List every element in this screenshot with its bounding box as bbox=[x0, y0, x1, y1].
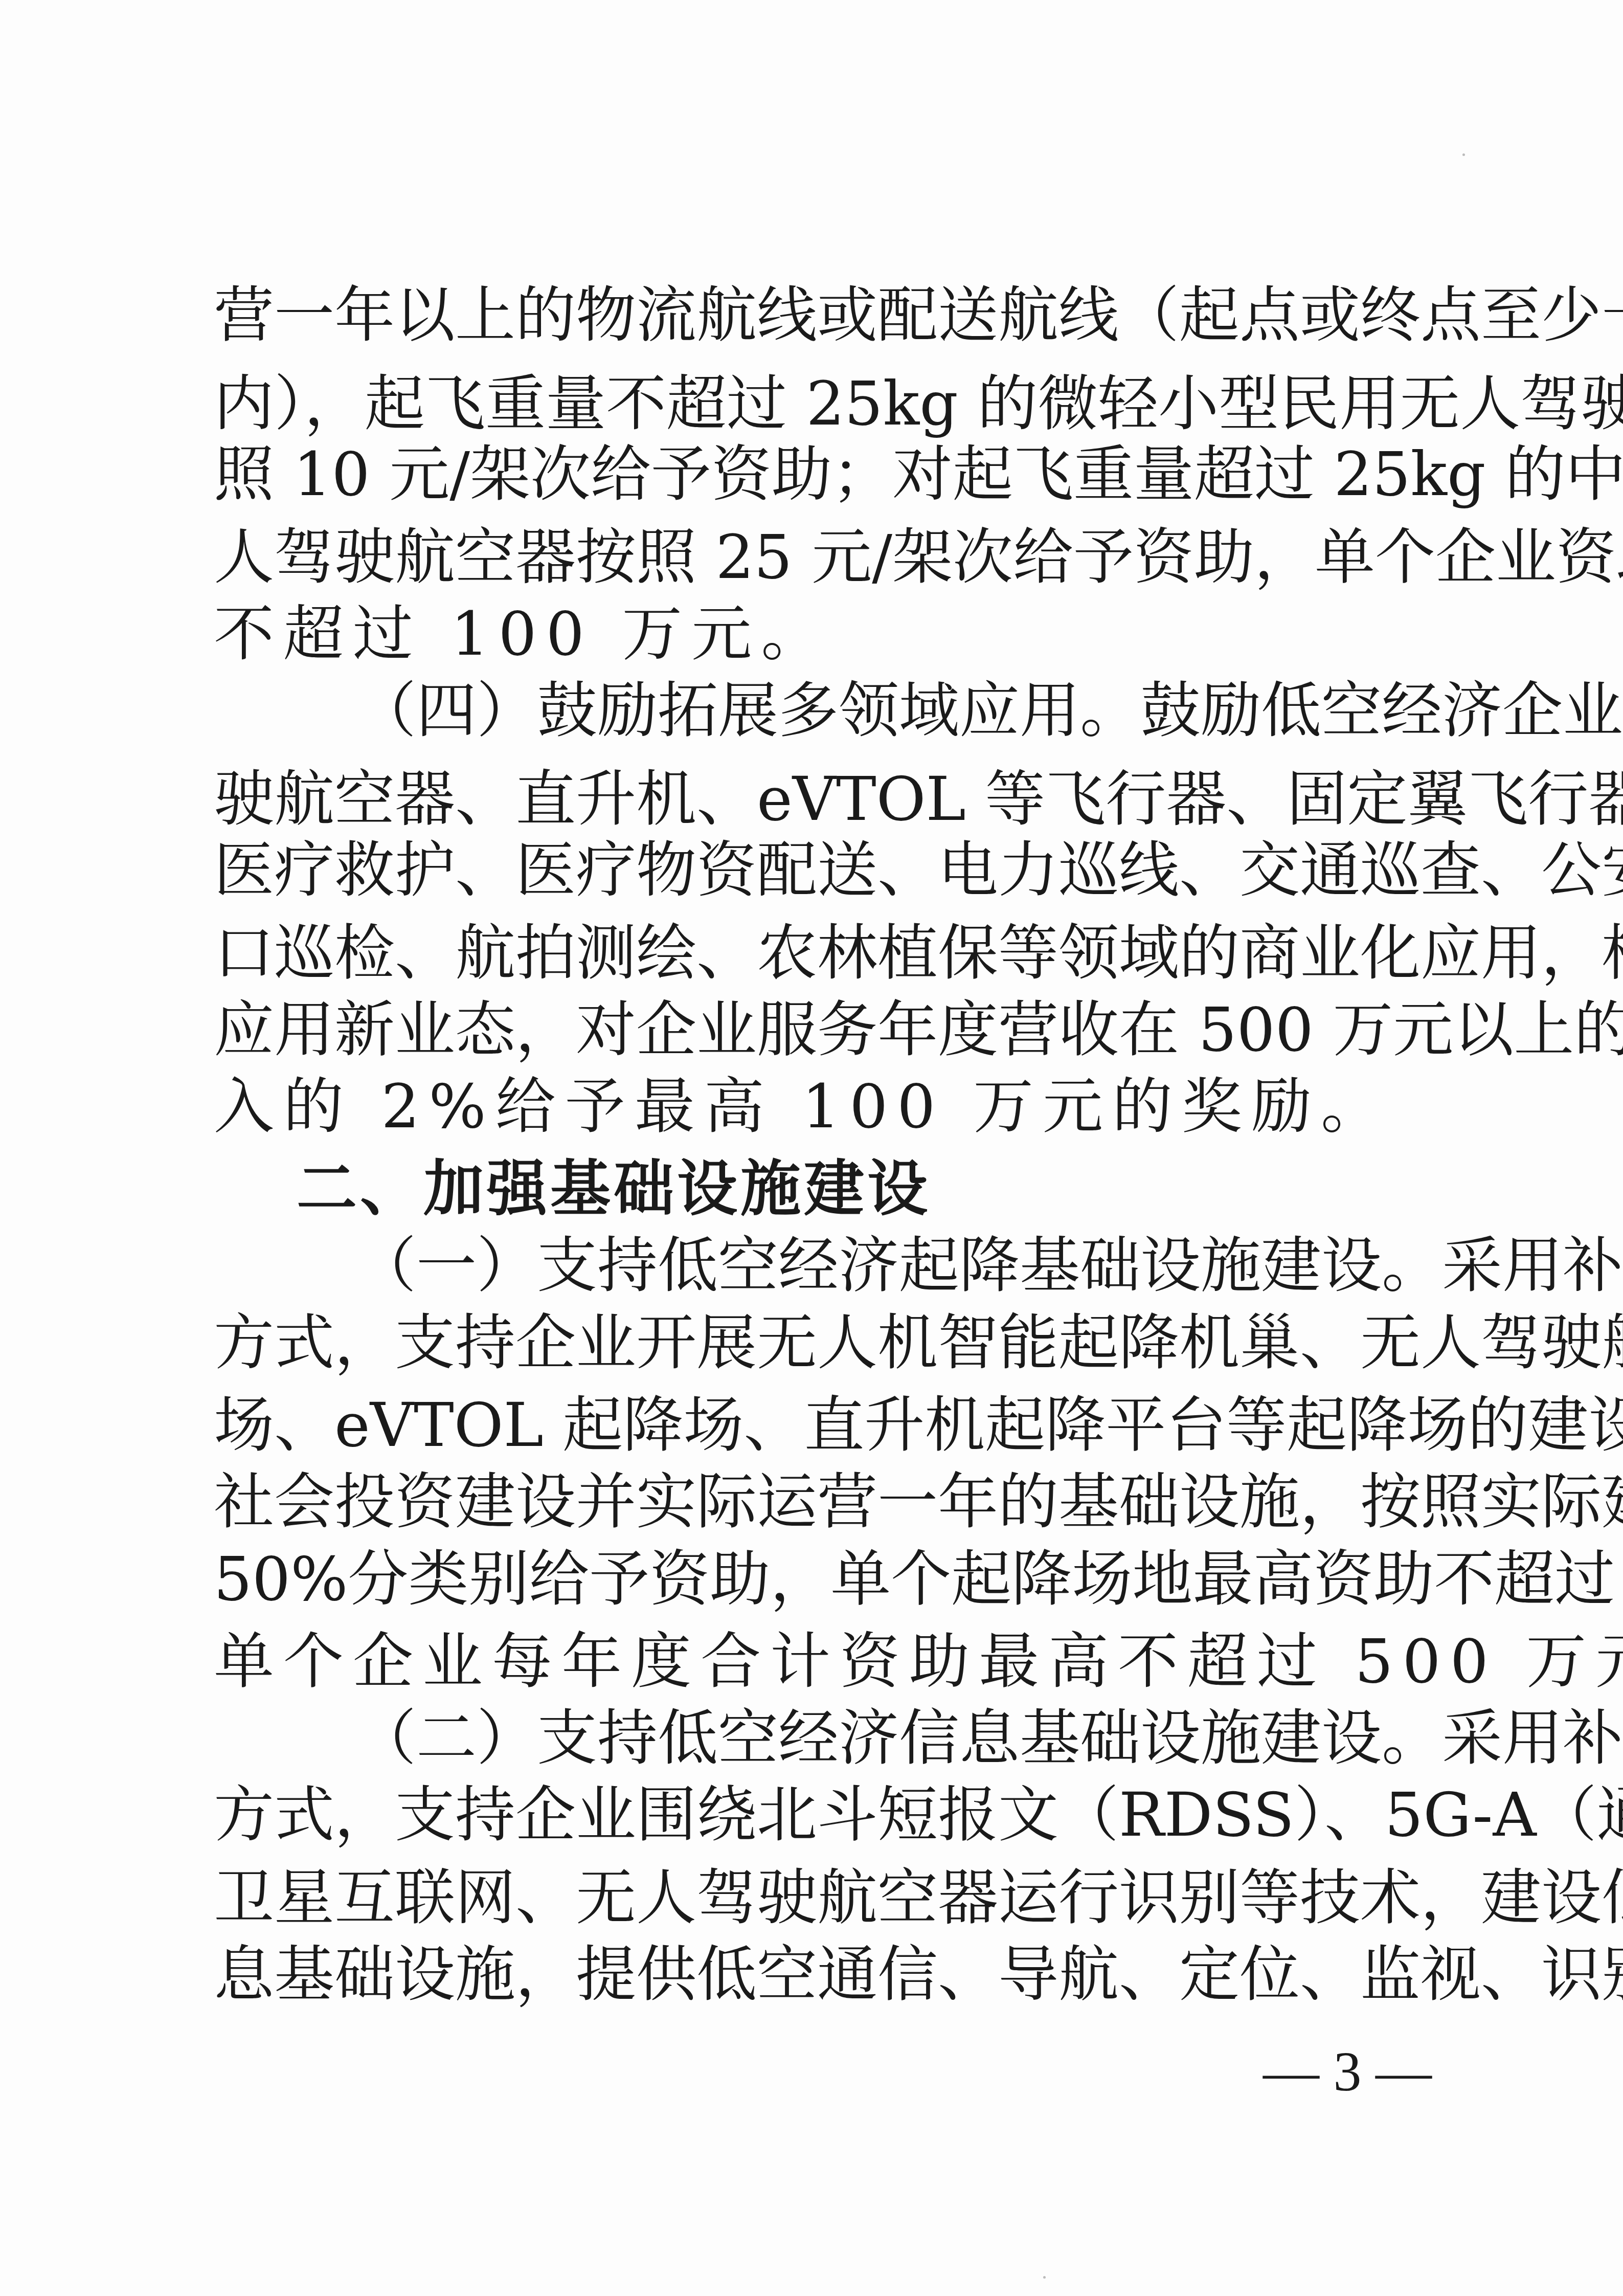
document-page: 营一年以上的物流航线或配送航线（起点或终点至少一个在本区 内），起飞重量不超过 … bbox=[0, 0, 1623, 2296]
body-text-line: 驶航空器、直升机、eVTOL 等飞行器、固定翼飞行器在应急救援、 bbox=[214, 759, 1427, 839]
scan-speck bbox=[1043, 2276, 1046, 2279]
section-heading: 二、加强基础设施建设 bbox=[297, 1149, 1367, 1229]
body-text-line: 内），起飞重量不超过 25kg 的微轻小型民用无人驾驶航空器按 bbox=[214, 364, 1427, 444]
body-text-line: 社会投资建设并实际运营一年的基础设施，按照实际建设投入的 bbox=[214, 1462, 1427, 1542]
body-text-line: 应用新业态，对企业服务年度营收在 500 万元以上的，按实际收 bbox=[214, 990, 1427, 1070]
body-text-line: 50%分类别给予资助，单个起降场地最高资助不超过 100 万元， bbox=[214, 1539, 1427, 1619]
body-text-line: 医疗救护、医疗物资配送、电力巡线、交通巡查、公安巡逻、港 bbox=[214, 830, 1427, 910]
body-text-line: 卫星互联网、无人驾驶航空器运行识别等技术，建设低空智能信 bbox=[214, 1858, 1427, 1938]
body-text-line: 息基础设施，提供低空通信、导航、定位、监视、识别、气象、 bbox=[214, 1934, 1427, 2015]
subsection-paragraph-2-start: （二）支持低空经济信息基础设施建设。采用补投或资助的 bbox=[356, 1698, 1427, 1778]
body-text-line: 方式，支持企业开展无人机智能起降机巢、无人驾驶航空器起降 bbox=[214, 1303, 1427, 1383]
body-text-line: 口巡检、航拍测绘、农林植保等领域的商业化应用，构建多领域 bbox=[214, 913, 1427, 993]
body-text-line: 照 10 元/架次给予资助；对起飞重量超过 25kg 的中大型民用无 bbox=[214, 434, 1427, 515]
body-text-line: 营一年以上的物流航线或配送航线（起点或终点至少一个在本区 bbox=[214, 275, 1427, 355]
subsection-paragraph-1-start: （一）支持低空经济起降基础设施建设。采用补投或资助的 bbox=[356, 1225, 1427, 1306]
body-text-line: 不超过 100 万元。 bbox=[214, 594, 1427, 674]
section-paragraph-4-start: （四）鼓励拓展多领域应用。鼓励低空经济企业拓展无人驾 bbox=[356, 671, 1427, 751]
body-text-line: 人驾驶航空器按照 25 元/架次给予资助，单个企业资助每年最高 bbox=[214, 517, 1427, 597]
body-text-line: 场、eVTOL 起降场、直升机起降平台等起降场的建设与运营。对 bbox=[214, 1385, 1427, 1465]
page-number: — 3 — bbox=[1263, 2041, 1427, 2102]
body-text-line: 方式，支持企业围绕北斗短报文（RDSS）、5G-A（通感一体）、 bbox=[214, 1775, 1427, 1855]
body-text-line: 单个企业每年度合计资助最高不超过 500 万元。 bbox=[214, 1621, 1427, 1702]
scan-speck bbox=[1462, 153, 1465, 156]
body-text-line: 入的 2%给予最高 100 万元的奖励。 bbox=[214, 1066, 1427, 1147]
